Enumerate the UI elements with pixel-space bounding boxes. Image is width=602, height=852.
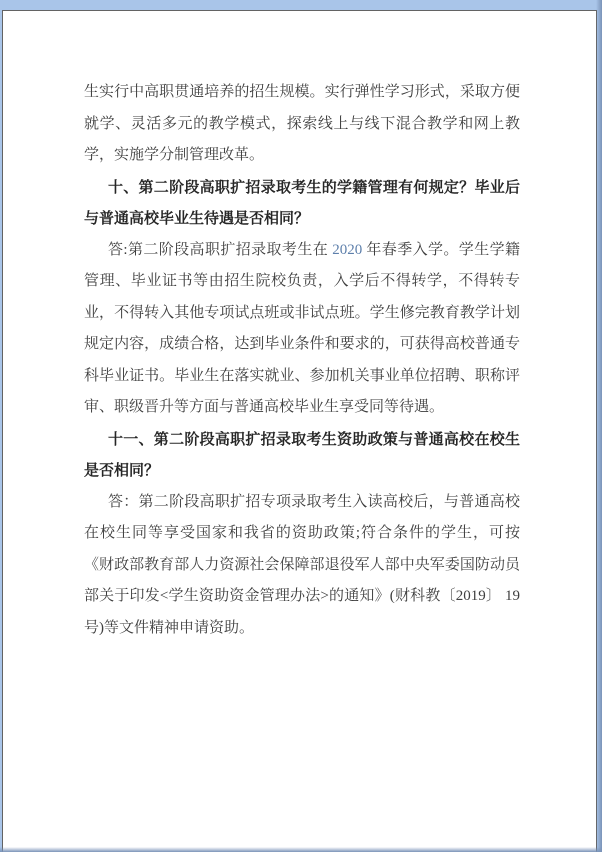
body-paragraph: 生实行中高职贯通培养的招生规模。实行弹性学习形式，采取方便就学、灵活多元的教学模… [84,77,520,172]
text-run: 年春季入学。学生学籍管理、毕业证书等由招生院校负责，入学后不得转学，不得转专业，… [84,242,520,416]
number-text: 2019 [456,588,486,604]
text-run: 答：第二阶段高职扩招专项录取考生入读高校后，与普通高校在校生同等享受国家和我省的… [84,494,520,605]
text-run: 答:第二阶段高职扩招录取考生在 [108,242,332,258]
text-run: 十一、第二阶段高职扩招录取考生资助政策与普通高校在校生是否相同？ [84,431,520,480]
number-text: 2020 [332,242,362,258]
heading-paragraph: 十一、第二阶段高职扩招录取考生资助政策与普通高校在校生是否相同？ [84,424,520,487]
number-text: 19 [505,588,520,604]
body-paragraph: 答：第二阶段高职扩招专项录取考生入读高校后，与普通高校在校生同等享受国家和我省的… [84,487,520,645]
text-run: 号)等文件精神申请资助。 [84,620,254,636]
heading-paragraph: 十、第二阶段高职扩招录取考生的学籍管理有何规定？毕业后与普通高校毕业生待遇是否相… [84,172,520,235]
text-run: 〕 [486,588,505,604]
document-body: 生实行中高职贯通培养的招生规模。实行弹性学习形式，采取方便就学、灵活多元的教学模… [3,11,596,644]
text-run: 十、第二阶段高职扩招录取考生的学籍管理有何规定？毕业后与普通高校毕业生待遇是否相… [84,179,520,228]
app-window: { "colors": { "window_background": "#a9c… [0,0,602,852]
document-page: 生实行中高职贯通培养的招生规模。实行弹性学习形式，采取方便就学、灵活多元的教学模… [2,10,597,852]
text-run: 生实行中高职贯通培养的招生规模。实行弹性学习形式，采取方便就学、灵活多元的教学模… [84,84,520,163]
body-paragraph: 答:第二阶段高职扩招录取考生在 2020 年春季入学。学生学籍管理、毕业证书等由… [84,235,520,424]
